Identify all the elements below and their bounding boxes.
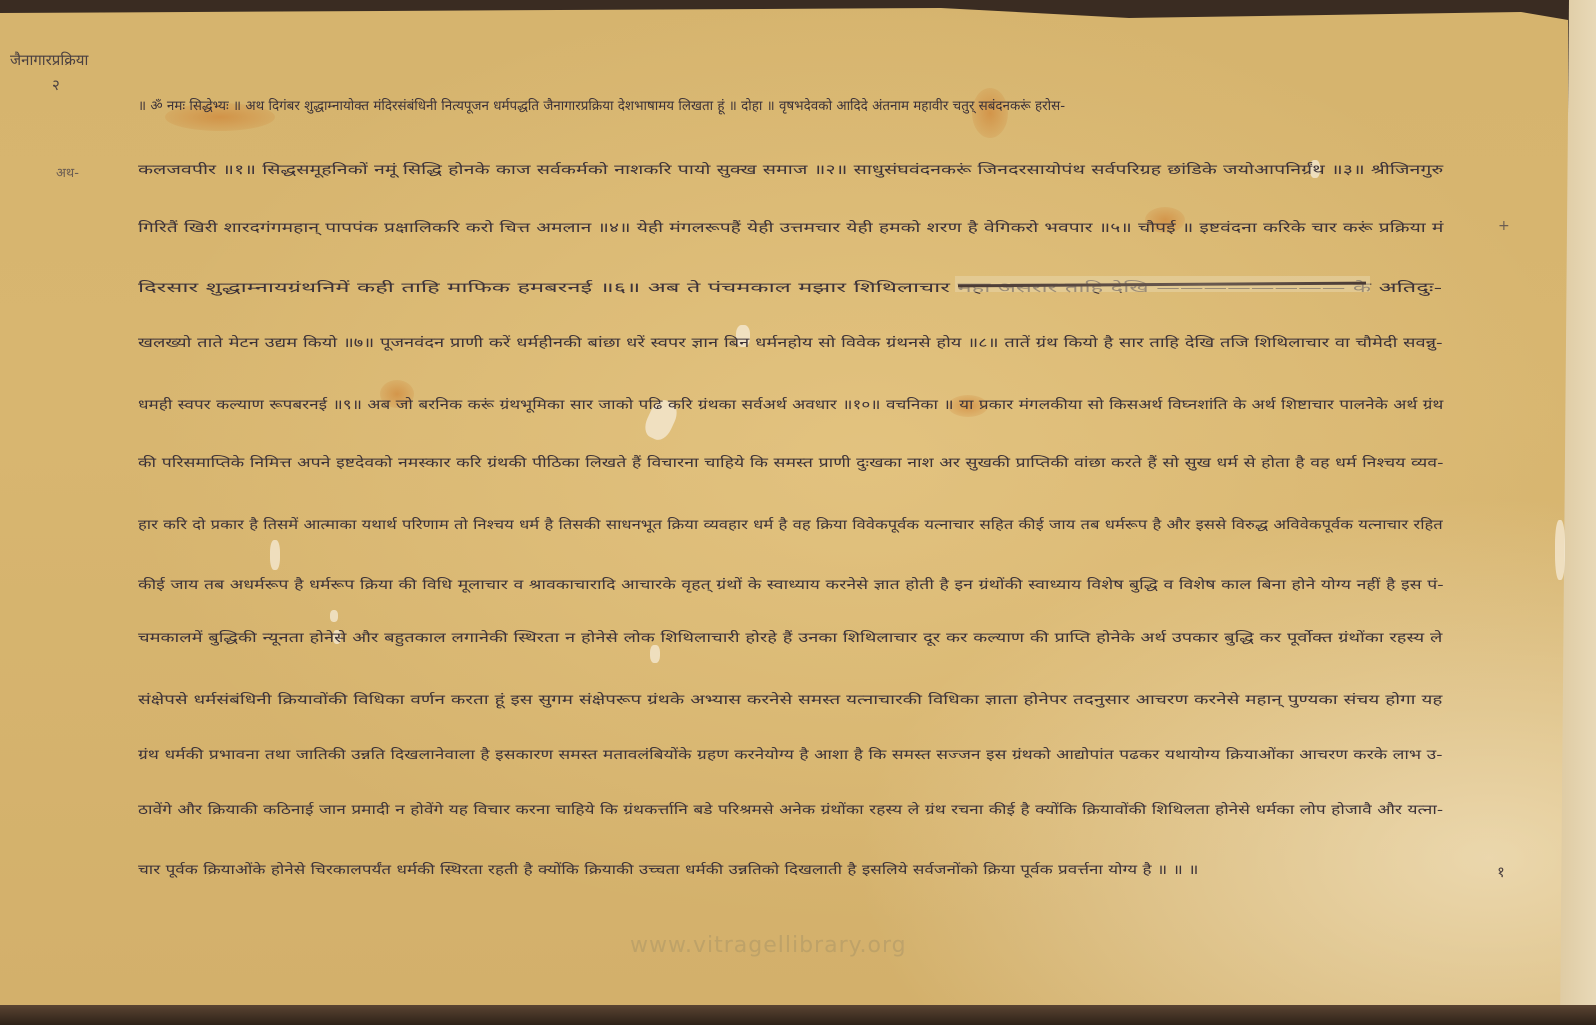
text-line-2: कलजवपीर ॥१॥ सिद्धसमूहनिकों नमूं सिद्धि ह… [138,160,1443,178]
text-line-9: कीई जाय तब अधर्मरूप है धर्मरूप क्रिया की… [138,575,1444,593]
paper-damage [1555,520,1565,580]
text-line-5: खलख्यो ताते मेटन उद्यम कियो ॥७॥ पूजनवंदन… [138,333,1443,351]
text-line-8: हार करि दो प्रकार है तिसमें आत्माका यथार… [138,515,1443,533]
paper-damage [330,610,338,622]
margin-note: अथ- [56,163,79,181]
text-line-12: ग्रंथ धर्मकी प्रभावना तथा जातिकी उन्नति … [138,745,1442,763]
text-line-1: ॥ ॐ नमः सिद्धेभ्यः ॥ अथ दिगंबर शुद्धाम्न… [138,96,1443,114]
text-line-14: चार पूर्वक क्रियाओंके होनेसे चिरकालपर्यं… [138,860,1198,878]
running-header-number: २ [52,75,60,95]
page-bottom-shadow [0,1005,1596,1025]
text-line-3: गिरितैं खिरी शारदगंगमहान् पापपंक प्रक्षा… [138,218,1443,236]
text-line-10: चमकालमें बुद्धिकी न्यूनता होनेसे और बहुत… [138,628,1442,646]
watermark: www.vitragellibrary.org [630,933,907,958]
text-line-13: ठावेंगे और क्रियाकी कठिनाई जान प्रमादी न… [138,800,1443,818]
paper-damage [650,645,660,663]
text-line-11: संक्षेपसे धर्मसंबंधिनी क्रियावोंकी विधिक… [138,690,1442,708]
paper-damage [270,540,280,570]
text-line-7: की परिसमाप्तिके निमित्त अपने इष्टदेवको न… [138,453,1443,471]
page-number: १ [1497,862,1505,882]
running-header-title: जैनागारप्रक्रिया [10,50,88,70]
manuscript-page [0,8,1568,1008]
text-line-6: धमही स्वपर कल्याण रूपबरनई ॥९॥ अब जो बरनि… [138,395,1443,413]
side-mark: + [1498,218,1510,234]
